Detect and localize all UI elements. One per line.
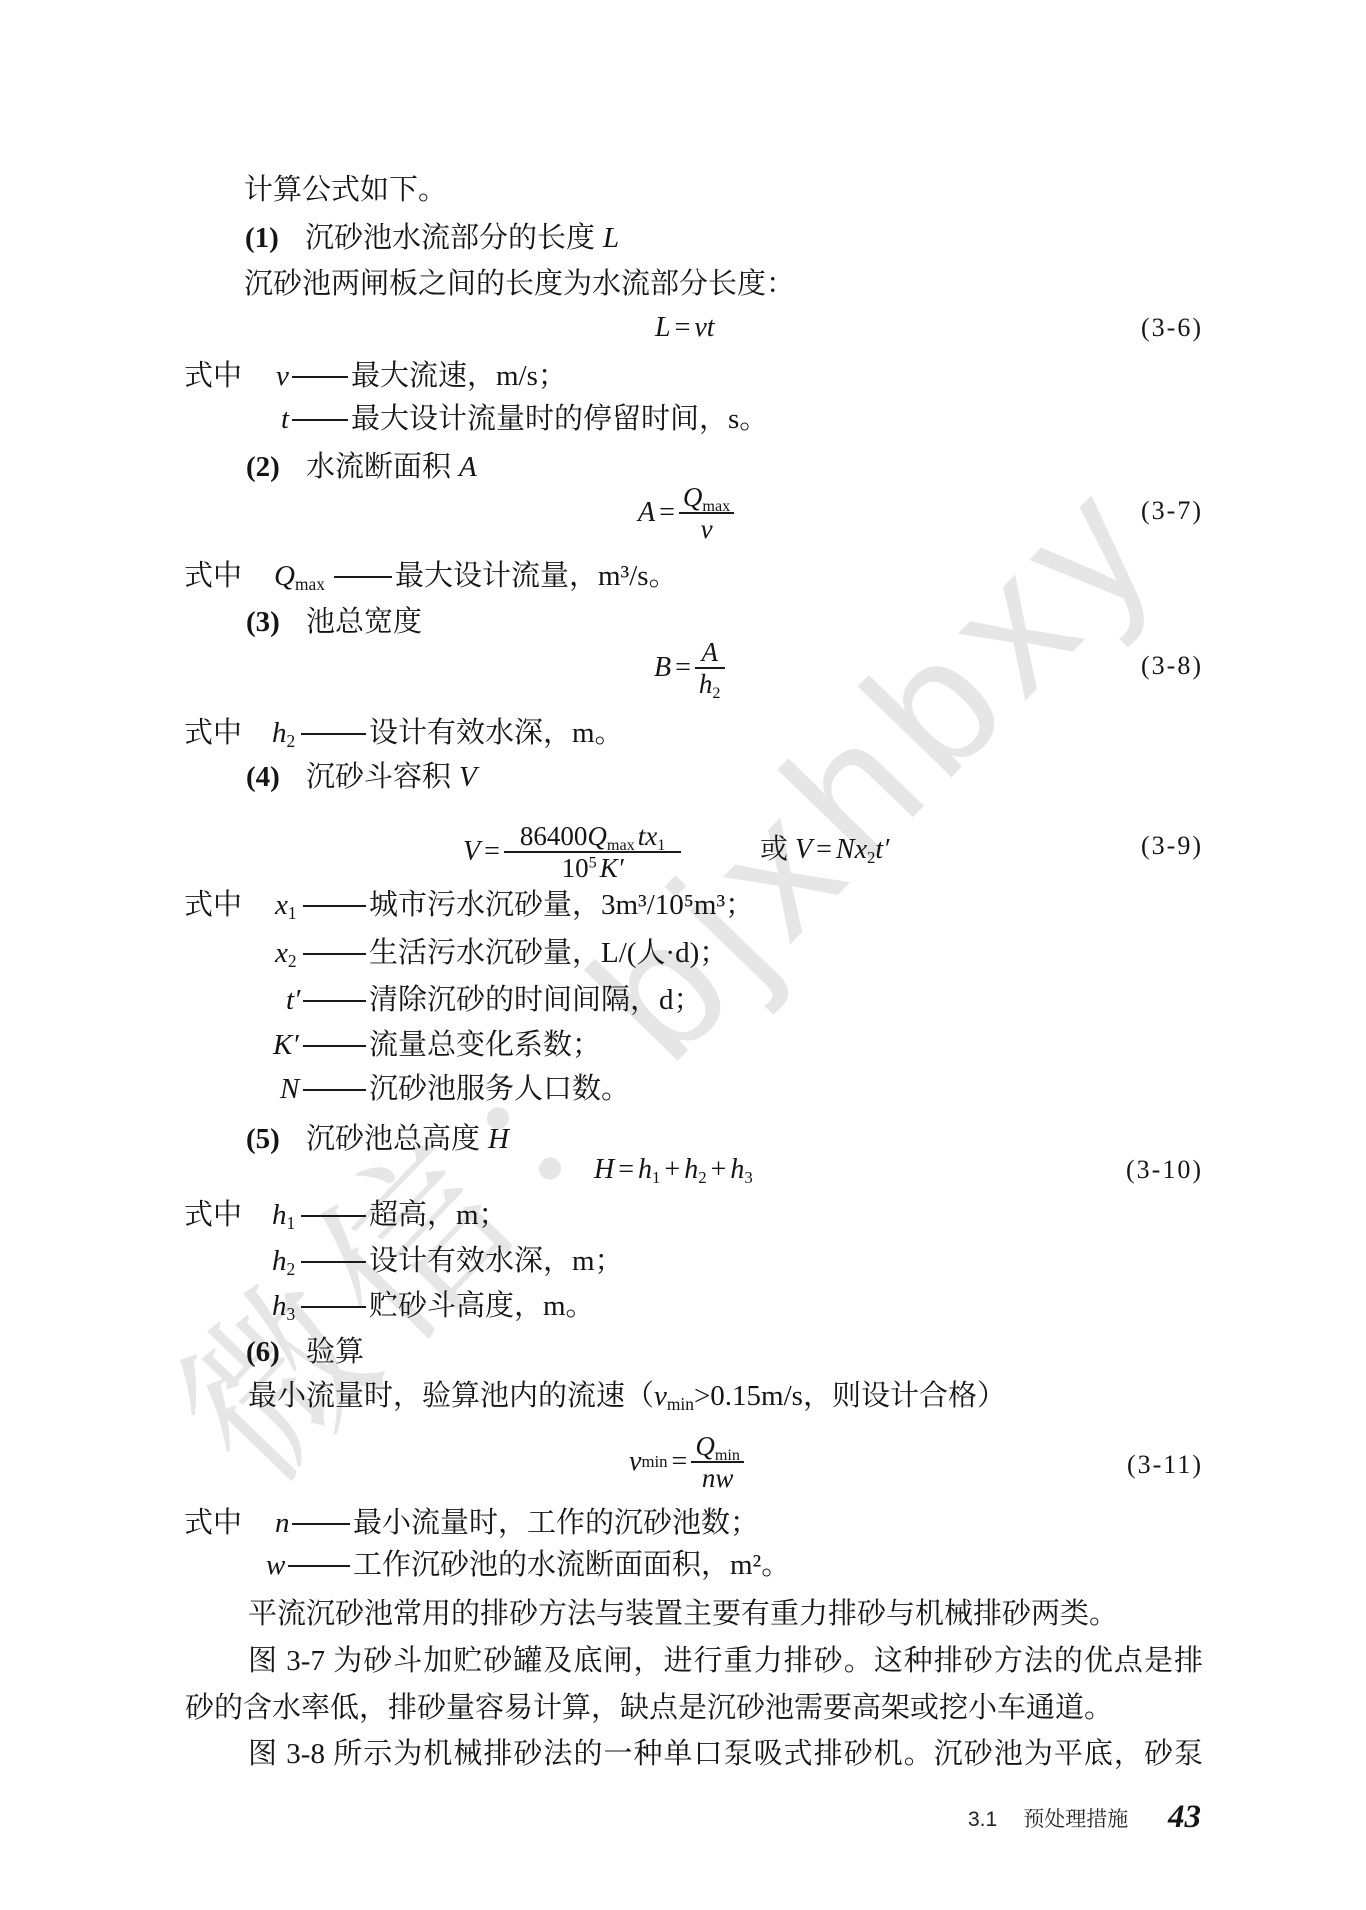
em-dash [301,1261,366,1263]
equation-3-7: A= Qmax v [638,477,734,549]
numerator-tx: tx [638,821,658,851]
where-label: 式中 [184,558,242,594]
section-title: 沉砂池水流部分的长度 [305,222,595,254]
denominator: nw [698,1463,738,1493]
section-number: (5) [246,1121,306,1157]
symbol-var: Q [274,560,295,592]
section-variable: H [488,1123,509,1155]
alt-lhs: V [795,834,812,865]
term-subscript: 2 [698,1168,706,1187]
section-number: (3) [246,604,306,640]
check-text-after: >0.15m/s，则设计合格） [694,1380,1006,1412]
symbol-var: x [275,937,288,969]
em-dash [288,1565,350,1567]
em-dash [292,376,348,378]
eq-equals: = [671,312,695,344]
em-dash [292,419,348,421]
section-title: 沉砂池总高度 [306,1123,480,1155]
em-dash [301,1306,366,1308]
equation-number-3-9: (3-9) [1141,828,1203,864]
symbol-subscript: 1 [287,1213,296,1233]
symbol: h2 [272,715,295,751]
equation-number-3-6: (3-6) [1141,310,1203,346]
eq-equals: = [655,497,679,529]
numerator-coefficient: 86400 [520,821,588,851]
footer-section-title: 预处理措施 [1023,1808,1128,1831]
em-dash [303,953,366,955]
numerator: 86400Qmaxtx1 [504,821,681,851]
symbol: w [266,1547,285,1583]
section-heading-2: (2)水流断面积A [246,449,477,485]
denominator-var: K′ [600,853,624,883]
alt-t: t′ [875,834,889,865]
check-var-subscript: min [667,1394,694,1414]
or-word: 或 [760,834,788,865]
where-row: 式中 n 最小流量时，工作的沉砂池数； [0,1505,1366,1541]
eq-lhs: B [654,652,671,684]
section-heading-3: (3)池总宽度 [246,604,422,640]
section-title: 验算 [306,1336,364,1368]
numerator: A [697,637,722,667]
symbol-subscript: 2 [287,731,296,751]
definition: 最大流速，m/s； [351,358,567,394]
paragraph-line: 图 3-8 所示为机械排砂法的一种单口泵吸式排砂机。沉砂池为平底，砂泵 [248,1736,1203,1772]
em-dash [303,1089,366,1091]
symbol: h1 [272,1197,295,1233]
symbol: N [280,1071,299,1107]
definition: 工作沉砂池的水流断面面积，m²。 [353,1547,790,1583]
where-label: 式中 [184,1197,242,1233]
where-row: x2 生活污水沉砂量，L/(人·d)； [0,935,1366,971]
definition: 城市污水沉砂量，3m³/10⁵m³； [369,887,754,923]
check-condition-line: 最小流量时，验算池内的流速（vmin>0.15m/s，则设计合格） [248,1378,1006,1414]
em-dash [301,1215,366,1217]
definition: 超高，m； [369,1197,508,1233]
check-var: v [654,1380,667,1412]
equation-3-11: vmin= Qmin nw [629,1426,744,1498]
where-row: 式中 x1 城市污水沉砂量，3m³/10⁵m³； [0,887,1366,923]
numerator-var: Q [683,482,703,512]
where-row: K′ 流量总变化系数； [0,1027,1366,1063]
denominator-subscript: 2 [712,684,720,702]
fraction: Qmin nw [691,1431,744,1493]
symbol: t [281,401,289,437]
alt-equals: = [812,834,836,865]
symbol-var: h [272,1245,287,1277]
em-dash [301,733,366,735]
section-number: (4) [246,759,306,795]
plus-sign: + [707,1154,731,1185]
symbol: h2 [272,1243,295,1279]
denominator-var: v [701,514,713,544]
symbol-var: h [272,1290,287,1322]
section-heading-1: (1)沉砂池水流部分的长度L [245,220,619,256]
running-footer: 3.1预处理措施 [968,1799,1128,1835]
term-subscript: 3 [744,1168,752,1187]
where-row: 式中 v 最大流速，m/s； [0,358,1366,394]
check-text-before: 最小流量时，验算池内的流速（ [248,1380,654,1412]
symbol-var: x [275,889,288,921]
fraction: 86400Qmaxtx1 105K′ [504,821,681,883]
definition: 清除沉砂的时间间隔，d； [369,982,703,1018]
symbol: K′ [273,1027,299,1063]
definition: 最大设计流量，m³/s。 [395,558,678,594]
em-dash [303,1000,366,1002]
intro-line: 计算公式如下。 [244,172,447,208]
fraction: Qmax v [679,482,734,544]
symbol: Qmax [274,558,325,594]
section-heading-6: (6)验算 [246,1334,364,1370]
section-number: (1) [245,220,305,256]
definition: 设计有效水深，m。 [369,715,624,751]
numerator: Qmin [691,1431,744,1461]
equation-number-3-11: (3-11) [1127,1447,1203,1483]
symbol: n [275,1505,290,1541]
denominator-var: nw [702,1463,734,1493]
equation-number-3-8: (3-8) [1141,648,1203,684]
definition: 沉砂池服务人口数。 [369,1071,630,1107]
symbol-var: h [272,1199,287,1231]
where-label: 式中 [184,1505,242,1541]
symbol: t′ [286,982,300,1018]
section-number: (6) [246,1334,306,1370]
where-label: 式中 [184,887,242,923]
eq-equals: = [614,1154,638,1185]
where-row: t 最大设计流量时的停留时间，s。 [0,401,1366,437]
symbol-subscript: 2 [287,1259,296,1279]
em-dash [303,905,366,907]
symbol-var: h [272,717,287,749]
eq-lhs: L [655,312,671,344]
em-dash [334,576,392,578]
symbol-subscript: 3 [287,1304,296,1324]
eq-lhs: v [629,1446,641,1478]
symbol: v [276,358,289,394]
eq-lhs: H [594,1154,614,1185]
eq-rhs: vt [694,312,714,344]
section-number: (2) [246,449,306,485]
section-title: 水流断面积 [306,451,451,483]
equation-3-8: B= A h2 [654,632,725,704]
page-number: 43 [1168,1799,1201,1835]
symbol: x1 [275,887,297,923]
footer-section-number: 3.1 [968,1808,997,1831]
denominator-exponent: 5 [589,853,597,871]
document-page: 微信：bjxhbxy 计算公式如下。 (1)沉砂池水流部分的长度L 沉砂池两闸板… [0,0,1366,1910]
where-row: N 沉砂池服务人口数。 [0,1071,1366,1107]
definition: 设计有效水深，m； [369,1243,624,1279]
symbol-subscript: 2 [288,951,297,971]
eq-equals: = [480,836,504,868]
denominator-var: h [699,669,713,699]
definition: 贮砂斗高度，m。 [369,1288,595,1324]
equation-3-6: L=vt [655,292,715,364]
symbol: x2 [275,935,297,971]
where-row: h2 设计有效水深，m； [0,1243,1366,1279]
term-var: h [730,1154,744,1185]
eq-equals: = [671,652,695,684]
where-row: 式中 h2 设计有效水深，m。 [0,715,1366,751]
symbol: h3 [272,1288,295,1324]
equation-3-9: V= 86400Qmaxtx1 105K′ [463,816,681,888]
em-dash [303,1045,366,1047]
definition: 流量总变化系数； [369,1027,601,1063]
equation-3-9-alternative: 或 V=Nx2t′ [760,832,889,868]
denominator-base: 10 [562,853,589,883]
where-label: 式中 [184,358,242,394]
denominator: v [697,514,717,544]
numerator-q: Q [587,821,607,851]
eq-lhs: V [463,836,480,868]
numerator-var: Q [695,1431,715,1461]
where-row: w 工作沉砂池的水流断面面积，m²。 [0,1547,1366,1583]
denominator: 105K′ [558,853,628,883]
where-label: 式中 [184,715,242,751]
numerator-var: A [701,637,718,667]
alt-nx: Nx [836,834,867,865]
symbol-subscript: 1 [288,903,297,923]
section-title: 沉砂斗容积 [306,761,451,793]
eq-lhs: A [638,497,655,529]
section-title: 池总宽度 [306,606,422,638]
section-variable: L [603,222,619,254]
section-variable: V [459,761,477,793]
numerator: Qmax [679,482,734,512]
definition: 最小流量时，工作的沉砂池数； [353,1505,759,1541]
denominator: h2 [695,669,725,699]
fraction: A h2 [695,637,725,699]
paragraph-line: 平流沉砂池常用的排砂方法与装置主要有重力排砂与机械排砂两类。 [248,1596,1118,1632]
symbol-subscript: max [295,574,325,594]
em-dash [292,1523,350,1525]
where-row: 式中 Qmax 最大设计流量，m³/s。 [0,558,1366,594]
definition: 最大设计流量时的停留时间，s。 [351,401,768,437]
paragraph-line: 砂的含水率低，排砂量容易计算，缺点是沉砂池需要高架或挖小车通道。 [185,1690,1113,1726]
where-row: h3 贮砂斗高度，m。 [0,1288,1366,1324]
where-row: t′ 清除沉砂的时间间隔，d； [0,982,1366,1018]
eq-equals: = [668,1446,692,1478]
term-var: h [638,1154,652,1185]
paragraph-line: 图 3-7 为砂斗加贮砂罐及底闸，进行重力排砂。这种排砂方法的优点是排 [248,1643,1203,1679]
equation-number-3-7: (3-7) [1141,493,1203,529]
where-row: 式中 h1 超高，m； [0,1197,1366,1233]
equation-3-10: H=h1+h2+h3 [594,1152,753,1188]
plus-sign: + [660,1154,684,1185]
term-var: h [684,1154,698,1185]
section-heading-4: (4)沉砂斗容积V [246,759,477,795]
section-variable: A [459,451,477,483]
equation-number-3-10: (3-10) [1126,1152,1203,1188]
definition: 生活污水沉砂量，L/(人·d)； [369,935,728,971]
section-heading-5: (5)沉砂池总高度H [246,1121,509,1157]
